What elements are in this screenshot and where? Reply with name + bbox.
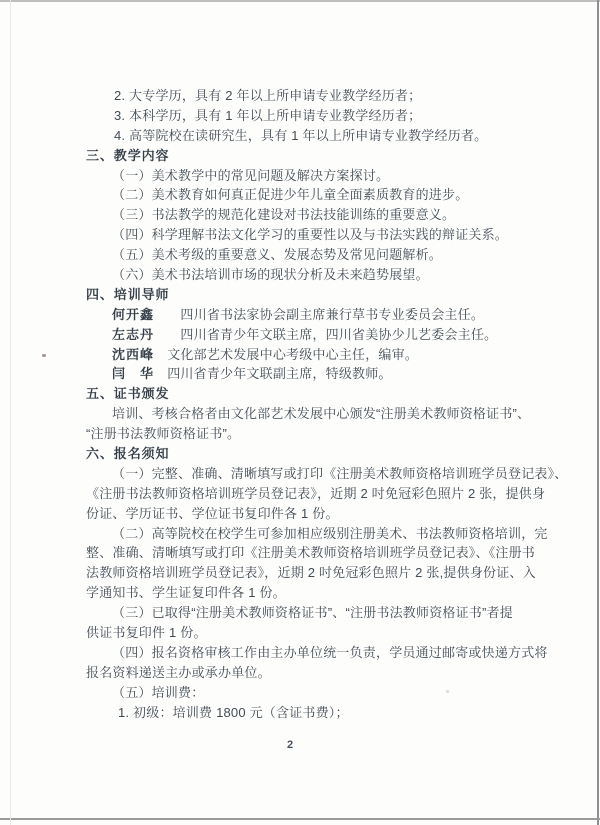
document-line: 1. 初级：培训费 1800 元（含证书费）； bbox=[86, 703, 522, 723]
scan-edge-top bbox=[0, 0, 600, 2]
scan-artifact-speck bbox=[42, 354, 46, 357]
document-line: 闫 华 四川省青少年文联副主席，特级教师。 bbox=[86, 364, 522, 384]
document-line: （一）美术教学中的常见问题及解决方案探讨。 bbox=[86, 166, 522, 186]
document-line: 整、准确、清晰填写或打印《注册美术教师资格培训班学员登记表》、《注册书 bbox=[86, 543, 522, 563]
document-line: （三）书法教学的规范化建设对书法技能训练的重要意义。 bbox=[86, 205, 522, 225]
mentor-title: 四川省青少年文联副主席，特级教师。 bbox=[154, 366, 392, 381]
scan-edge-bottom bbox=[0, 818, 600, 820]
document-line: （二）美术教育如何真正促进少年儿童全面素质教育的进步。 bbox=[86, 185, 522, 205]
document-line: 左志丹 四川省青少年文联主席，四川省美协少儿艺委会主任。 bbox=[86, 325, 522, 345]
section-heading: 六、报名须知 bbox=[86, 444, 522, 464]
document-line: （六）美术书法培训市场的现状分析及未来趋势展望。 bbox=[86, 265, 522, 285]
document-line: 何开鑫 四川省书法家协会副主席兼行草书专业委员会主任。 bbox=[86, 305, 522, 325]
document-line: 供证书复印件 1 份。 bbox=[86, 623, 522, 643]
section-heading: 四、培训导师 bbox=[86, 285, 522, 305]
document-line: 学通知书、学生证复印件各 1 份。 bbox=[86, 583, 522, 603]
mentor-name: 闫 华 bbox=[112, 366, 154, 381]
document-line: （五）美术考级的重要意义、发展态势及常见问题解析。 bbox=[86, 245, 522, 265]
document-body: 2. 大专学历，具有 2 年以上所申请专业教学经历者；3. 本科学历，具有 1 … bbox=[86, 86, 522, 723]
document-line: 法教师资格培训班学员登记表》，近期 2 吋免冠彩色照片 2 张,提供身份证、入 bbox=[86, 563, 522, 583]
document-line: 份证、学历证书、学位证书复印件各 1 份。 bbox=[86, 504, 522, 524]
document-line: 《注册书法教师资格培训班学员登记表》，近期 2 吋免冠彩色照片 2 张，提供身 bbox=[86, 484, 522, 504]
scanned-document-page: { "page": { "number": "2", "background":… bbox=[0, 0, 600, 825]
section-heading: 三、教学内容 bbox=[86, 146, 522, 166]
document-line: 2. 大专学历，具有 2 年以上所申请专业教学经历者； bbox=[86, 86, 522, 106]
document-line: （一）完整、准确、清晰填写或打印《注册美术教师资格培训班学员登记表》、 bbox=[86, 464, 522, 484]
document-line: 3. 本科学历，具有 1 年以上所申请专业教学经历者； bbox=[86, 106, 522, 126]
scan-artifact-speck bbox=[446, 690, 449, 693]
mentor-name: 何开鑫 bbox=[112, 307, 154, 322]
mentor-name: 沈西峰 bbox=[112, 347, 154, 362]
scan-edge-left bbox=[10, 0, 11, 825]
mentor-title: 文化部艺术发展中心考级中心主任，编审。 bbox=[154, 347, 418, 362]
document-line: （二）高等院校在校学生可参加相应级别注册美术、书法教师资格培训，完 bbox=[86, 524, 522, 544]
mentor-name: 左志丹 bbox=[112, 327, 154, 342]
document-line: （五）培训费： bbox=[86, 683, 522, 703]
scan-edge-right bbox=[597, 0, 599, 825]
document-line: 报名资料递送主办或承办单位。 bbox=[86, 663, 522, 683]
mentor-title: 四川省书法家协会副主席兼行草书专业委员会主任。 bbox=[154, 307, 484, 322]
document-line: 培训、考核合格者由文化部艺术发展中心颁发“注册美术教师资格证书”、 bbox=[86, 404, 522, 424]
document-line: 4. 高等院校在读研究生，具有 1 年以上所申请专业教学经历者。 bbox=[86, 126, 522, 146]
mentor-title: 四川省青少年文联主席，四川省美协少儿艺委会主任。 bbox=[154, 327, 497, 342]
page-number: 2 bbox=[0, 739, 580, 751]
section-heading: 五、证书颁发 bbox=[86, 384, 522, 404]
document-line: （四）报名资格审核工作由主办单位统一负责，学员通过邮寄或快递方式将 bbox=[86, 643, 522, 663]
document-line: “注册书法教师资格证书”。 bbox=[86, 424, 522, 444]
document-line: （三）已取得“注册美术教师资格证书”、“注册书法教师资格证书”者提 bbox=[86, 603, 522, 623]
document-line: 沈西峰 文化部艺术发展中心考级中心主任，编审。 bbox=[86, 345, 522, 365]
document-line: （四）科学理解书法文化学习的重要性以及与书法实践的辩证关系。 bbox=[86, 225, 522, 245]
